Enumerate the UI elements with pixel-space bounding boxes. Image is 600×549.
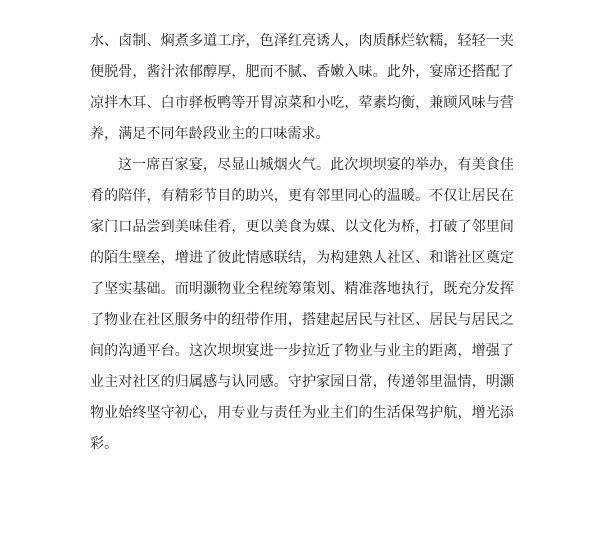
document-text-area: 水、卤制、焖煮多道工序，色泽红亮诱人，肉质酥烂软糯，轻轻一夹便脱骨，酱汁浓郁醇厚… xyxy=(90,26,514,460)
paragraph-community-summary: 这一席百家宴，尽显山城烟火气。此次坝坝宴的举办，有美食佳肴的陪伴，有精彩节目的助… xyxy=(90,150,514,460)
document-page: 水、卤制、焖煮多道工序，色泽红亮诱人，肉质酥烂软糯，轻轻一夹便脱骨，酱汁浓郁醇厚… xyxy=(0,0,600,549)
paragraph-banquet-dishes: 水、卤制、焖煮多道工序，色泽红亮诱人，肉质酥烂软糯，轻轻一夹便脱骨，酱汁浓郁醇厚… xyxy=(90,26,514,150)
